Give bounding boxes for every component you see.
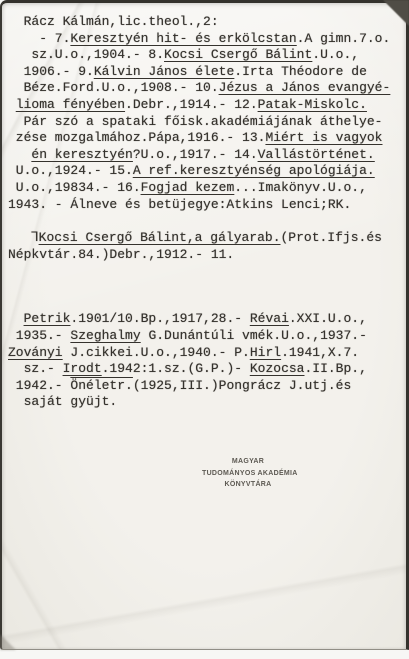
text-line: U.o.,1924.- 15.A ref.keresztyénség apoló… bbox=[8, 163, 403, 180]
text-line: Béze.Ford.U.o.,1908.- 10.Jézus a János e… bbox=[8, 80, 403, 97]
underlined-title-segment: Fogjad kezem bbox=[141, 180, 235, 195]
text-segment: ⅂ bbox=[8, 230, 39, 245]
text-line: - 7.Keresztyén hit- és erkölcstan.A gimn… bbox=[8, 31, 403, 48]
text-line: saját gyüjt. bbox=[8, 394, 403, 411]
stamp-line: MAGYAR bbox=[202, 456, 294, 468]
text-line: Rácz Kálmán,lic.theol.,2: bbox=[8, 14, 403, 31]
text-segment: ?U.o.,1917.- 14. bbox=[133, 147, 258, 162]
text-segment: Népkvtár.84.)Debr.,1912.- 11. bbox=[8, 247, 234, 262]
underlined-title-segment: Zoványi bbox=[8, 345, 63, 360]
text-segment: (1925,III.)Pongrácz J.utj.és bbox=[133, 378, 351, 393]
text-segment: sz.U.o.,1904.- 8. bbox=[8, 47, 164, 62]
text-segment: .II.Bp., bbox=[304, 361, 366, 376]
text-segment: G.Dunántúli vmék.U.o.,1937.- bbox=[141, 328, 367, 343]
underlined-title-segment: Kozocsa bbox=[250, 361, 305, 376]
underlined-title-segment: én keresztyén bbox=[31, 147, 132, 162]
stamp-line: KÖNYVTÁRA bbox=[202, 479, 294, 491]
text-segment: J.cikkei.U.o.,1940.- P. bbox=[63, 345, 250, 360]
text-segment bbox=[8, 311, 24, 326]
text-line: 1943. - Álneve és betüjegye:Atkins Lenci… bbox=[8, 197, 403, 214]
underlined-title-segment: Vallástörténet. bbox=[258, 147, 375, 162]
text-segment bbox=[8, 147, 31, 162]
text-segment: - 7. bbox=[8, 31, 70, 46]
underlined-title-segment: Szeghalmy bbox=[70, 328, 140, 343]
underlined-title-segment: A ref.keresztyénség apológiája. bbox=[133, 163, 375, 178]
text-segment: ...Imakönyv.U.o., bbox=[234, 180, 367, 195]
text-segment: Béze.Ford.U.o.,1908.- 10. bbox=[8, 80, 219, 95]
text-line: zése mozgalmához.Pápa,1916.- 13.Miért is… bbox=[8, 130, 403, 147]
stamp-line: TUDOMÁNYOS AKADÉMIA bbox=[202, 468, 294, 480]
text-segment: sz.- bbox=[8, 361, 63, 376]
text-segment: .Debr.,1914.- 12. bbox=[125, 97, 258, 112]
paragraph-works-list: Rácz Kálmán,lic.theol.,2: - 7.Keresztyén… bbox=[8, 14, 403, 213]
text-line: 1906.- 9.Kálvin János élete.Irta Théodor… bbox=[8, 64, 403, 81]
text-segment: 1906.- 9. bbox=[8, 64, 94, 79]
text-line: sz.- Irodt.1942:1.sz.(G.P.)- Kozocsa.II.… bbox=[8, 361, 403, 378]
text-segment: saját gyüjt. bbox=[8, 394, 117, 409]
underlined-title-segment: Irodt bbox=[63, 361, 102, 376]
text-line: Pár szó a spataki főisk.akadémiájának át… bbox=[8, 114, 403, 131]
paragraph-sources: Petrik.1901/10.Bp.,1917,28.- Révai.XXI.U… bbox=[8, 311, 403, 411]
text-line: 1935.- Szeghalmy G.Dunántúli vmék.U.o.,1… bbox=[8, 328, 403, 345]
text-line: én keresztyén?U.o.,1917.- 14.Vallástörté… bbox=[8, 147, 403, 164]
text-line: Népkvtár.84.)Debr.,1912.- 11. bbox=[8, 247, 403, 264]
text-segment: zése mozgalmához.Pápa,1916.- 13. bbox=[8, 130, 265, 145]
text-segment: .XXI.U.o., bbox=[289, 311, 367, 326]
text-segment: .1901/10.Bp.,1917,28.- bbox=[70, 311, 249, 326]
text-segment: U.o.,1924.- 15. bbox=[8, 163, 133, 178]
text-segment: U.o.,19834.- 16. bbox=[8, 180, 141, 195]
text-block: Rácz Kálmán,lic.theol.,2: - 7.Keresztyén… bbox=[8, 14, 403, 411]
text-segment: Pár szó a spataki főisk.akadémiájának át… bbox=[8, 114, 382, 129]
text-line: U.o.,19834.- 16.Fogjad kezem...Imakönyv.… bbox=[8, 180, 403, 197]
text-line: Petrik.1901/10.Bp.,1917,28.- Révai.XXI.U… bbox=[8, 311, 403, 328]
text-segment: 1942.- bbox=[8, 378, 70, 393]
text-segment: .A gimn.7.o. bbox=[297, 31, 391, 46]
underlined-title-segment: Jézus a János evangyé- bbox=[219, 80, 391, 95]
underlined-title-segment: Révai bbox=[250, 311, 289, 326]
underlined-title-segment: Hirl bbox=[250, 345, 281, 360]
catalog-card: Rácz Kálmán,lic.theol.,2: - 7.Keresztyén… bbox=[0, 0, 409, 650]
underlined-title-segment: Miért is vagyok bbox=[265, 130, 382, 145]
underlined-title-segment: Keresztyén hit- és erkölcstan bbox=[70, 31, 296, 46]
text-segment: .Irta Théodore de bbox=[234, 64, 367, 79]
text-line: sz.U.o.,1904.- 8.Kocsi Csergő Bálint.U.o… bbox=[8, 47, 403, 64]
underlined-title-segment: Petrik bbox=[24, 311, 71, 326]
text-segment: .1941,X.7. bbox=[281, 345, 359, 360]
underlined-title-segment: Kocsi Csergő Bálint bbox=[164, 47, 312, 62]
text-line: lioma fényében.Debr.,1914.- 12.Patak-Mis… bbox=[8, 97, 403, 114]
text-segment: .1942:1.sz.(G.P.)- bbox=[102, 361, 250, 376]
underlined-title-segment: Kálvin János élete bbox=[94, 64, 234, 79]
underlined-title-segment: Patak-Miskolc. bbox=[258, 97, 367, 112]
underlined-title-segment: lioma fényében bbox=[16, 97, 125, 112]
card-photo: Rácz Kálmán,lic.theol.,2: - 7.Keresztyén… bbox=[0, 0, 409, 659]
underlined-title-segment: Önéletr. bbox=[70, 378, 132, 393]
text-segment: .U.o., bbox=[312, 47, 359, 62]
text-segment: 1943. - Álneve és betüjegye:Atkins Lenci… bbox=[8, 197, 351, 212]
text-segment bbox=[8, 97, 16, 112]
text-line: Zoványi J.cikkei.U.o.,1940.- P.Hirl.1941… bbox=[8, 345, 403, 362]
worn-corner-decoration bbox=[0, 634, 16, 650]
text-segment: 1935.- bbox=[8, 328, 70, 343]
underlined-title-segment: Kocsi Csergő Bálint,a gályarab. bbox=[39, 230, 281, 245]
text-line: ⅂Kocsi Csergő Bálint,a gályarab.(Prot.If… bbox=[8, 230, 403, 247]
library-stamp: MAGYAR TUDOMÁNYOS AKADÉMIA KÖNYVTÁRA bbox=[202, 456, 294, 491]
text-segment: Rácz Kálmán,lic.theol.,2: bbox=[8, 14, 219, 29]
text-segment: (Prot.Ifjs.és bbox=[281, 230, 382, 245]
text-line: 1942.- Önéletr.(1925,III.)Pongrácz J.utj… bbox=[8, 378, 403, 395]
paragraph-cross-reference: ⅂Kocsi Csergő Bálint,a gályarab.(Prot.If… bbox=[8, 230, 403, 263]
